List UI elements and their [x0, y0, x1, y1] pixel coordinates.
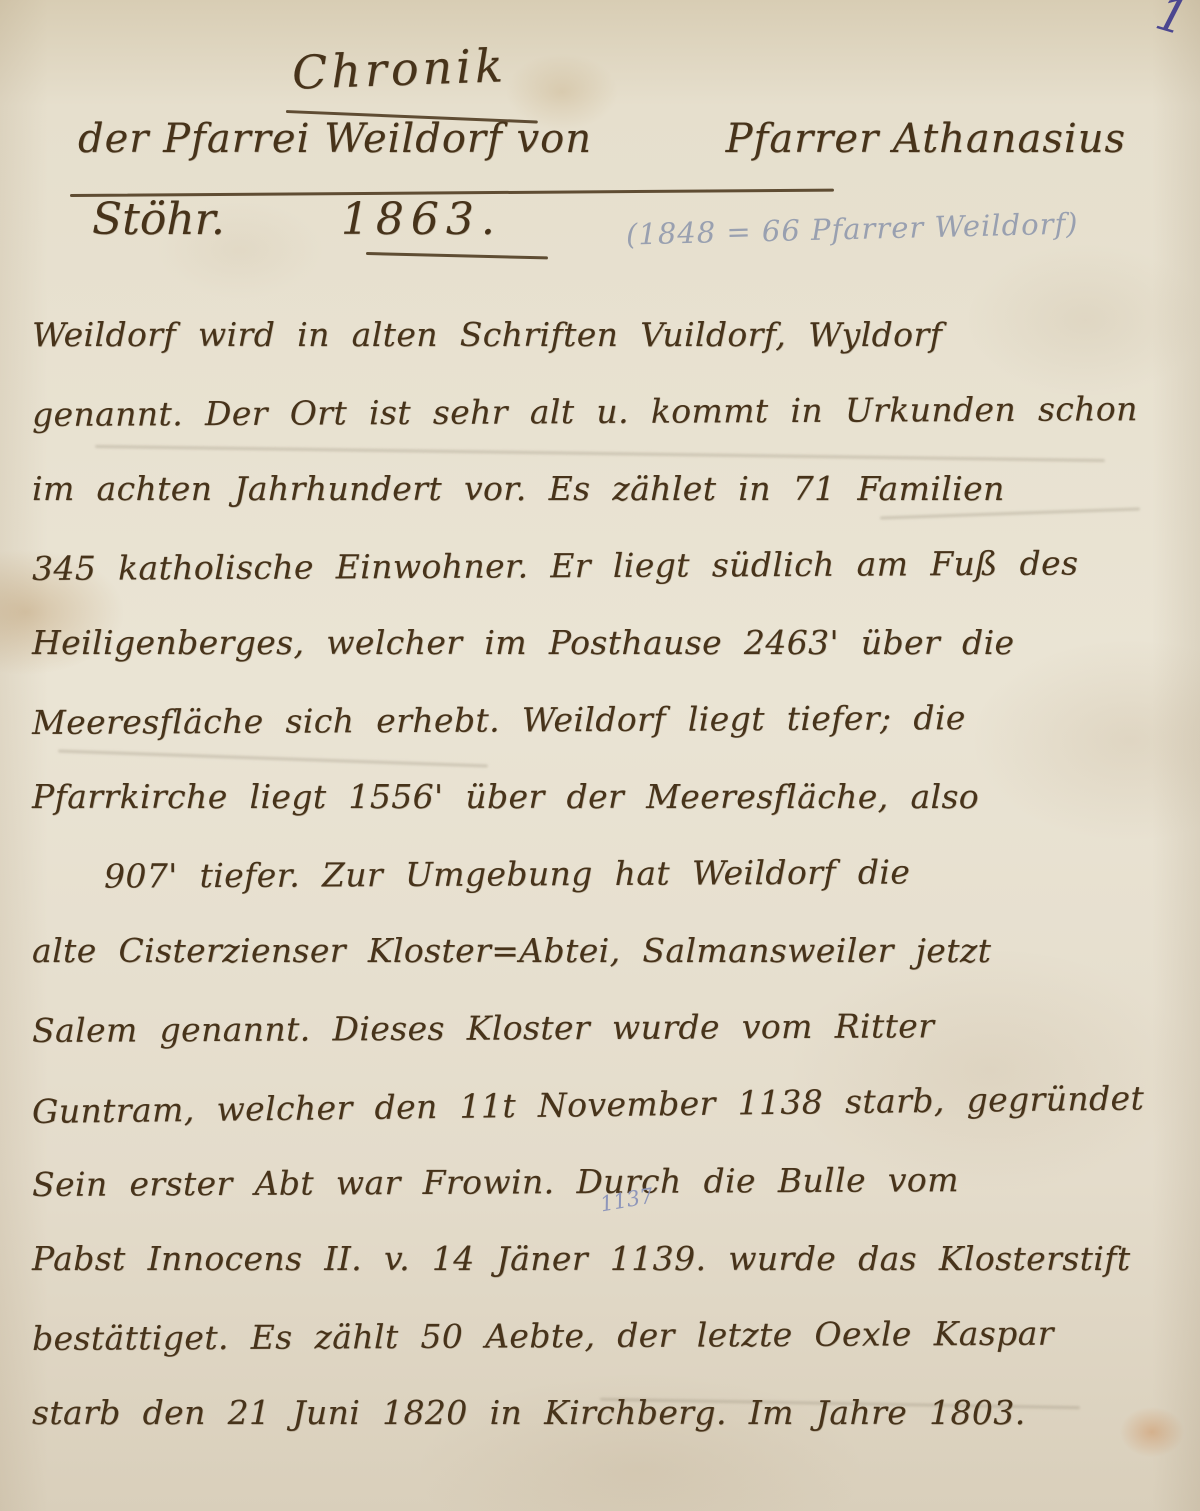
body-text: Weildorf wird in alten Schriften Vuildor… — [32, 296, 1178, 1451]
pencil-note: (1848 = 66 Pfarrer Weildorf) — [626, 206, 1079, 251]
body-line: Pabst Innocens II. v. 14 Jäner 1139. wur… — [32, 1220, 1178, 1297]
title-year: 1863. — [341, 194, 502, 245]
title-chronik: Chronik — [291, 38, 507, 99]
title-line2-right: Pfarrer Athanasius — [726, 116, 1126, 162]
body-line: starb den 21 Juni 1820 in Kirchberg. Im … — [32, 1374, 1178, 1451]
body-line: Heiligenberges, welcher im Posthause 246… — [32, 604, 1178, 681]
body-line: im achten Jahrhundert vor. Es zählet in … — [32, 450, 1178, 527]
page-number: 1 — [1150, 0, 1195, 47]
title-line2: der Pfarrei Weildorf von Pfarrer Athanas… — [78, 116, 1126, 162]
body-line: Pfarrkirche liegt 1556' über der Meeresf… — [32, 758, 1178, 835]
body-line: Guntram, welcher den 11t November 1138 s… — [32, 1059, 1179, 1150]
body-line: Weildorf wird in alten Schriften Vuildor… — [32, 296, 1178, 373]
body-line: 907' tiefer. Zur Umgebung hat Weildorf d… — [32, 832, 1178, 915]
title-author: Stöhr. — [92, 194, 225, 245]
body-line: alte Cisterzienser Kloster=Abtei, Salman… — [32, 912, 1178, 989]
body-line: 345 katholische Einwohner. Er liegt südl… — [32, 524, 1178, 607]
manuscript-page: 1 Chronik der Pfarrei Weildorf von Pfarr… — [0, 0, 1200, 1511]
underline-year — [366, 252, 548, 259]
body-line: Meeresfläche sich erhebt. Weildorf liegt… — [32, 678, 1178, 761]
title-line2-left: der Pfarrei Weildorf von — [78, 116, 592, 162]
body-line: bestättiget. Es zählt 50 Aebte, der letz… — [32, 1294, 1178, 1377]
body-line: genannt. Der Ort ist sehr alt u. kommt i… — [32, 370, 1178, 453]
body-line: Salem genannt. Dieses Kloster wurde vom … — [32, 986, 1178, 1069]
title-line3: Stöhr.1863. — [92, 194, 502, 245]
